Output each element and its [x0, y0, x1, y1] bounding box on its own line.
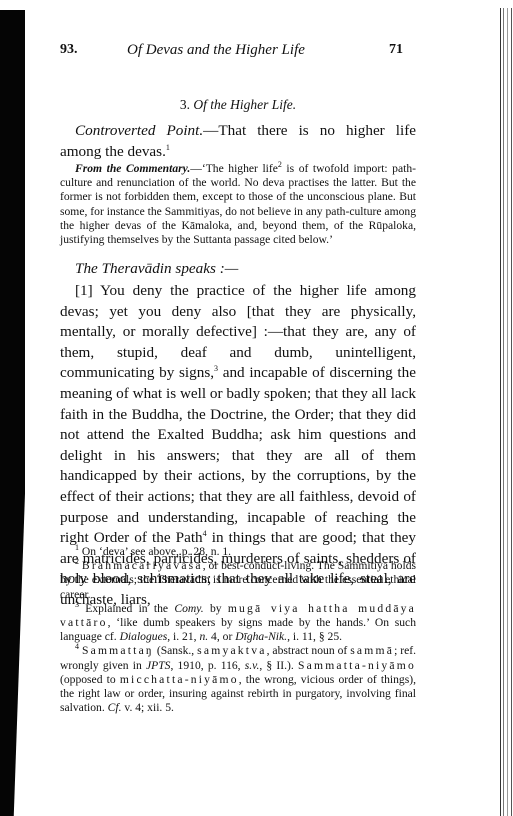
footnote-2: 2 Brahmacariyavāsa, or best-conduct-livi…: [60, 559, 416, 602]
footnote-text: , § II.).: [259, 659, 298, 672]
pali-term: Sammatta-niyāmo: [298, 659, 416, 672]
footnote-text: On ‘deva’ see above, p. 28, n. 1.: [82, 545, 231, 558]
page-edge-lines: [499, 8, 513, 816]
footnote-text: , 1910, p. 116,: [170, 659, 244, 672]
footnote-text: Explained in the: [85, 602, 174, 615]
commentary-text-a: —‘The higher life: [190, 162, 278, 175]
italic-ref: JPTS: [146, 659, 170, 672]
italic-ref: n.: [199, 630, 208, 643]
pali-term: sammā: [350, 644, 394, 657]
section-heading-number: 3.: [180, 97, 190, 112]
section-heading: 3. Of the Higher Life.: [60, 97, 416, 113]
pali-term: Sammattaŋ: [82, 644, 154, 657]
footnote-1: 1 On ‘deva’ see above, p. 28, n. 1.: [60, 545, 416, 559]
paragraph-text-b: and incapable of discerning the meaning …: [60, 364, 416, 546]
footnote-marker: 1: [75, 543, 79, 552]
footnote-text: , abstract noun of: [267, 644, 351, 657]
running-title: Of Devas and the Higher Life: [127, 42, 305, 59]
footnotes: 1 On ‘deva’ see above, p. 28, n. 1. 2 Br…: [60, 545, 416, 715]
paragraph-number: [1]: [75, 282, 93, 299]
footnote-marker: 4: [75, 643, 79, 652]
footnote-marker: 3: [75, 600, 79, 609]
italic-ref: Dialogues: [120, 630, 168, 643]
pali-term: Brahmacariyavāsa: [82, 559, 203, 572]
italic-ref: Dīgha-Nik.: [235, 630, 287, 643]
footnote-ref: 1: [166, 143, 170, 152]
speaker-label: The Theravādin speaks :—: [75, 260, 238, 278]
footnote-text: (opposed to: [60, 673, 120, 686]
footnote-4: 4 Sammattaŋ (Sansk., samyaktva, abstract…: [60, 644, 416, 715]
running-header: 93. Of Devas and the Higher Life 71: [60, 42, 416, 62]
section-heading-title: Of the Higher Life.: [193, 97, 296, 112]
footnote-text: v. 4; xii. 5.: [122, 701, 174, 714]
section-number: 93.: [60, 42, 78, 58]
footnote-3: 3 Explained in the Comy. by mugā viya ha…: [60, 602, 416, 645]
footnote-text: , i. 21,: [167, 630, 199, 643]
commentary-block: From the Commentary.—‘The higher life2 i…: [60, 162, 416, 247]
controverted-point-label: Controverted Point.: [75, 122, 203, 139]
footnote-text: 4, or: [208, 630, 235, 643]
commentary-label: From the Commentary.: [75, 162, 190, 175]
footnote-text: by: [204, 602, 228, 615]
italic-ref: Comy.: [174, 602, 203, 615]
scan-margin-shadow: [0, 10, 25, 816]
footnote-marker: 2: [75, 557, 79, 566]
footnote-text: , i. 11, § 25.: [287, 630, 342, 643]
pali-term: samyaktva: [197, 644, 266, 657]
italic-ref: Cf.: [108, 701, 122, 714]
footnote-text: (Sansk.,: [154, 644, 197, 657]
italic-ref: s.v.: [245, 659, 260, 672]
pali-term: micchatta-niyāmo: [120, 673, 239, 686]
page-number: 71: [389, 42, 403, 58]
controverted-point: Controverted Point.—That there is no hig…: [60, 121, 416, 162]
